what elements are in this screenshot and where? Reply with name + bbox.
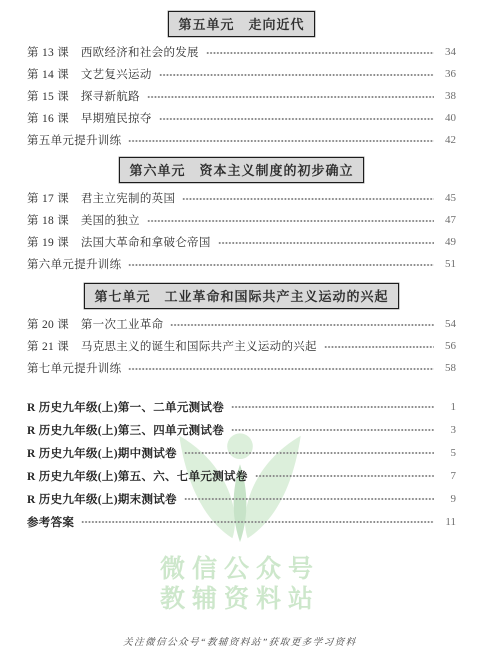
paper-entry: R 历史九年级(上)期中测试卷 5 xyxy=(27,441,456,464)
paper-entry: R 历史九年级(上)第一、二单元测试卷 1 xyxy=(27,395,456,418)
dot-leader xyxy=(182,194,434,204)
paper-entry-label: R 历史九年级(上)第一、二单元测试卷 xyxy=(27,399,224,415)
page-number: 36 xyxy=(439,68,456,80)
unit5-heading: 第五单元 走向近代 xyxy=(168,11,314,37)
toc-entry: 第五单元提升训练 42 xyxy=(27,129,456,151)
toc-entry: 第 13 课 西欧经济和社会的发展 34 xyxy=(27,41,456,63)
dot-leader xyxy=(159,70,434,80)
dot-leader xyxy=(218,238,434,248)
footer-note: 关注微信公众号“教辅资料站”获取更多学习资料 xyxy=(0,634,480,648)
page-number: 49 xyxy=(439,236,456,248)
toc-entry: 第 18 课 美国的独立 47 xyxy=(27,209,456,231)
page-number: 11 xyxy=(439,516,456,528)
toc-entry: 第 15 课 探寻新航路 38 xyxy=(27,85,456,107)
unit6-section: 第六单元 资本主义制度的初步确立 第 17 课 君主立宪制的英国 45 第 18… xyxy=(27,157,456,275)
answers-entry-label: 参考答案 xyxy=(27,514,74,530)
watermark-line-2: 教辅资料站 xyxy=(0,585,480,615)
dot-leader xyxy=(147,92,434,102)
watermark-line-1: 微信公众号 xyxy=(0,555,480,585)
dot-leader xyxy=(128,260,434,270)
dot-leader xyxy=(231,425,434,435)
paper-entry-label: R 历史九年级(上)第三、四单元测试卷 xyxy=(27,422,224,438)
dot-leader xyxy=(184,494,434,504)
toc-entry: 第 21 课 马克思主义的诞生和国际共产主义运动的兴起 56 xyxy=(27,335,456,357)
toc-entry-label: 第 20 课 第一次工业革命 xyxy=(27,316,163,332)
page-number: 47 xyxy=(439,214,456,226)
dot-leader xyxy=(147,216,434,226)
page-number: 5 xyxy=(439,447,456,459)
toc-entry-label: 第 16 课 早期殖民掠夺 xyxy=(27,110,152,126)
paper-entry-label: R 历史九年级(上)期中测试卷 xyxy=(27,445,177,461)
page-number: 45 xyxy=(439,192,456,204)
page-number: 7 xyxy=(439,470,456,482)
page-number: 56 xyxy=(439,340,456,352)
toc-entry-label: 第 21 课 马克思主义的诞生和国际共产主义运动的兴起 xyxy=(27,338,317,354)
page-number: 40 xyxy=(439,112,456,124)
page-number: 54 xyxy=(439,318,456,330)
page-number: 34 xyxy=(439,46,456,58)
page-number: 3 xyxy=(439,424,456,436)
dot-leader xyxy=(128,364,434,374)
dot-leader xyxy=(255,471,434,481)
toc-entry-label: 第 13 课 西欧经济和社会的发展 xyxy=(27,44,199,60)
paper-entry: R 历史九年级(上)期末测试卷 9 xyxy=(27,487,456,510)
unit6-heading: 第六单元 资本主义制度的初步确立 xyxy=(119,157,363,183)
dot-leader xyxy=(170,320,434,330)
paper-entry: R 历史九年级(上)第五、六、七单元测试卷 7 xyxy=(27,464,456,487)
unit7-heading: 第七单元 工业革命和国际共产主义运动的兴起 xyxy=(84,283,398,309)
toc-entry: 第 19 课 法国大革命和拿破仑帝国 49 xyxy=(27,231,456,253)
page-number: 9 xyxy=(439,493,456,505)
toc-entry-label: 第 15 课 探寻新航路 xyxy=(27,88,140,104)
dot-leader xyxy=(324,342,434,352)
toc-page: 第五单元 走向近代 第 13 课 西欧经济和社会的发展 34 第 14 课 文艺… xyxy=(0,0,480,533)
toc-entry-label: 第 18 课 美国的独立 xyxy=(27,212,140,228)
dot-leader xyxy=(206,48,434,58)
toc-entry-label: 第 14 课 文艺复兴运动 xyxy=(27,66,152,82)
paper-entry-label: R 历史九年级(上)第五、六、七单元测试卷 xyxy=(27,468,248,484)
page-number: 51 xyxy=(439,258,456,270)
paper-entry-label: R 历史九年级(上)期末测试卷 xyxy=(27,491,177,507)
dot-leader xyxy=(128,136,434,146)
dot-leader xyxy=(81,517,434,527)
paper-entry: R 历史九年级(上)第三、四单元测试卷 3 xyxy=(27,418,456,441)
answers-entry: 参考答案 11 xyxy=(27,510,456,533)
toc-entry: 第七单元提升训练 58 xyxy=(27,357,456,379)
page-number: 42 xyxy=(439,134,456,146)
unit5-section: 第五单元 走向近代 第 13 课 西欧经济和社会的发展 34 第 14 课 文艺… xyxy=(27,11,456,151)
dot-leader xyxy=(159,114,434,124)
toc-entry: 第六单元提升训练 51 xyxy=(27,253,456,275)
dot-leader xyxy=(184,448,434,458)
page-number: 1 xyxy=(439,401,456,413)
toc-entry-label: 第六单元提升训练 xyxy=(27,256,121,272)
toc-entry: 第 16 课 早期殖民掠夺 40 xyxy=(27,107,456,129)
unit7-section: 第七单元 工业革命和国际共产主义运动的兴起 第 20 课 第一次工业革命 54 … xyxy=(27,283,456,379)
toc-entry-label: 第 19 课 法国大革命和拿破仑帝国 xyxy=(27,234,211,250)
page-number: 58 xyxy=(439,362,456,374)
toc-entry: 第 14 课 文艺复兴运动 36 xyxy=(27,63,456,85)
toc-entry-label: 第七单元提升训练 xyxy=(27,360,121,376)
toc-entry: 第 17 课 君主立宪制的英国 45 xyxy=(27,187,456,209)
toc-entry-label: 第 17 课 君主立宪制的英国 xyxy=(27,190,175,206)
toc-entry-label: 第五单元提升训练 xyxy=(27,132,121,148)
toc-entry: 第 20 课 第一次工业革命 54 xyxy=(27,313,456,335)
dot-leader xyxy=(231,402,434,412)
test-papers-section: R 历史九年级(上)第一、二单元测试卷 1 R 历史九年级(上)第三、四单元测试… xyxy=(27,395,456,533)
page-number: 38 xyxy=(439,90,456,102)
